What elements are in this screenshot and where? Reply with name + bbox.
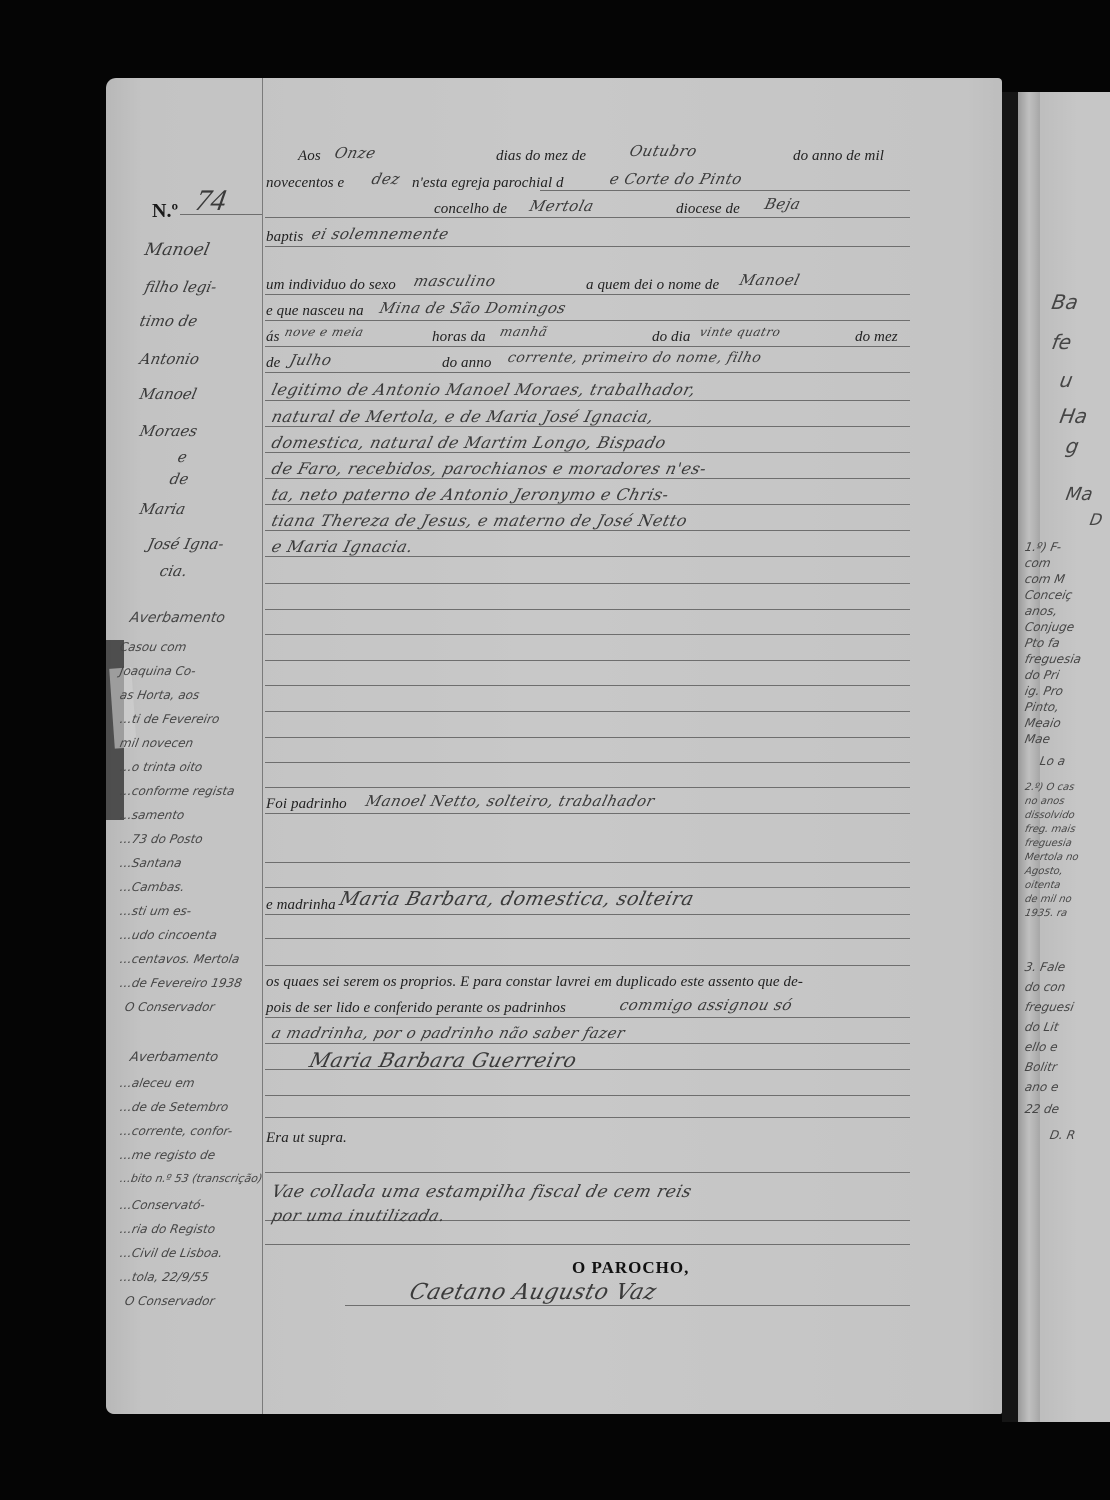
handwritten-municipality: Mertola (528, 197, 596, 215)
annotation-line: …73 do Posto (119, 832, 204, 846)
godmother-signature: Maria Barbara Guerreiro (307, 1048, 580, 1072)
form-rule (265, 372, 910, 373)
printed-text: do anno (442, 355, 491, 372)
adjacent-fragment: freg. mais (1024, 824, 1076, 835)
form-rule (540, 190, 910, 191)
adjacent-fragment: 22 de (1024, 1102, 1061, 1116)
record-number-rule (180, 214, 262, 215)
handwritten-body-line: legitimo de Antonio Manoel Moraes, traba… (270, 380, 698, 399)
adjacent-fragment: de mil no (1024, 894, 1073, 905)
godmother-name: Maria Barbara, domestica, solteira (337, 888, 696, 910)
handwritten-day-of-birth: vinte quatro (698, 325, 782, 339)
adjacent-fragment: Ma (1064, 484, 1094, 505)
annotation-line: …conforme regista (119, 784, 236, 798)
annotation-line: …o trinta oito (119, 760, 204, 774)
printed-text: novecentos e (266, 175, 344, 192)
form-rule (265, 914, 910, 915)
printed-text: um individuo do sexo (266, 277, 396, 294)
era-ut-supra: Era ut supra. (266, 1130, 347, 1147)
form-rule (265, 556, 910, 557)
handwritten-month: Outubro (628, 142, 699, 160)
annotation-line: Averbamento (129, 610, 227, 626)
annotation-line: as Horta, aos (119, 688, 201, 702)
handwritten-birthplace: Mina de São Domingos (378, 299, 568, 317)
annotation-line: …sti um es- (119, 904, 193, 918)
form-rule (265, 478, 910, 479)
handwritten-body-line: ta, neto paterno de Antonio Jeronymo e C… (270, 485, 671, 504)
adjacent-fragment: freguesia (1024, 838, 1073, 849)
adjacent-fragment: com (1024, 556, 1052, 570)
printed-text: Aos (298, 148, 321, 165)
annotation-line: …aleceu em (119, 1076, 196, 1090)
handwritten-hour: nove e meia (283, 325, 365, 339)
printed-text: do mez (855, 329, 898, 346)
adjacent-fragment: dissolvido (1024, 810, 1076, 821)
margin-note-line: Moraes (138, 422, 287, 440)
annotation-line: …me registo de (119, 1148, 217, 1162)
handwritten-body-line: tiana Thereza de Jesus, e materno de Jos… (270, 511, 690, 530)
closing-text: pois de ser lido e conferido perante os … (266, 1000, 566, 1017)
adjacent-fragment: Ba (1050, 290, 1080, 314)
annotation-line: O Conservador (124, 1000, 216, 1014)
adjacent-fragment: ig. Pro (1024, 684, 1065, 698)
form-rule (265, 504, 910, 505)
adjacent-fragment: Meaio (1024, 716, 1062, 730)
adjacent-fragment: do Pri (1024, 668, 1061, 682)
printed-text: de (266, 355, 280, 372)
printed-text: e que nasceu na (266, 303, 364, 320)
form-rule (265, 634, 910, 635)
adjacent-fragment: do Lit (1024, 1020, 1060, 1034)
handwritten-year: dez (370, 170, 402, 188)
adjacent-fragment: Pinto, (1024, 700, 1061, 714)
adjacent-fragment: Bolitr (1024, 1060, 1058, 1074)
record-number-label: N.º (152, 200, 178, 223)
adjacent-fragment: Mertola no (1024, 852, 1079, 863)
handwritten-body-line: natural de Mertola, e de Maria José Igna… (270, 407, 656, 426)
margin-note-line: Maria (138, 500, 287, 518)
annotation-line: …Civil de Lisboa. (119, 1246, 224, 1260)
annotation-line: …de de Setembro (119, 1100, 230, 1114)
form-rule (265, 711, 910, 712)
adjacent-fragment: Conjuge (1024, 620, 1076, 634)
printed-text: ás (266, 329, 280, 346)
godfather-name: Manoel Netto, solteiro, trabalhador (364, 792, 657, 810)
printed-text: concelho de (434, 201, 507, 218)
adjacent-fragment: 1935. ra (1024, 908, 1068, 919)
annotation-line: …samento (119, 808, 186, 822)
printed-text: diocese de (676, 201, 740, 218)
priest-signature: Caetano Augusto Vaz (407, 1280, 659, 1305)
annotation-line: …Conservató- (119, 1198, 206, 1212)
handwritten-sex: masculino (412, 272, 498, 290)
annotation-line: Averbamento (129, 1050, 220, 1065)
handwritten-parish: e Corte do Pinto (608, 170, 745, 188)
adjacent-fragment: freguesi (1024, 1000, 1075, 1014)
form-rule (265, 1095, 910, 1096)
margin-note-line: cia. (158, 562, 307, 580)
form-rule (265, 452, 910, 453)
handwritten-period: manhã (498, 325, 549, 340)
printed-text: do anno de mil (793, 148, 884, 165)
handwritten-body-line: domestica, natural de Martim Longo, Bisp… (270, 433, 669, 452)
record-number: 74 (193, 184, 229, 218)
form-rule (265, 246, 910, 247)
form-rule (265, 583, 910, 584)
adjacent-fragment: anos, (1024, 604, 1059, 618)
form-rule (265, 762, 910, 763)
form-rule (265, 938, 910, 939)
printed-text: dias do mez de (496, 148, 586, 165)
form-rule (265, 813, 910, 814)
adjacent-fragment: 3. Fale (1024, 960, 1067, 974)
adjacent-fragment: Lo a (1039, 754, 1067, 768)
adjacent-fragment: ello e (1024, 1040, 1059, 1054)
handwritten-closing: a madrinha, por o padrinho não saber faz… (270, 1024, 627, 1042)
annotation-line: Casou com (119, 640, 188, 654)
handwritten-day: Onze (333, 144, 378, 162)
adjacent-fragment: ano e (1024, 1080, 1060, 1094)
annotation-line: Joaquina Co- (119, 664, 197, 678)
form-rule (265, 1017, 910, 1018)
adjacent-fragment: Conceiç (1024, 588, 1074, 602)
form-rule (265, 530, 910, 531)
form-rule (265, 787, 910, 788)
form-rule (265, 426, 910, 427)
form-rule (265, 1172, 910, 1173)
adjacent-fragment: oitenta (1024, 880, 1061, 891)
handwritten-diocese: Beja (763, 195, 803, 213)
handwritten-year-of-birth: corrente, primeiro do nome, filho (506, 350, 763, 366)
adjacent-fragment: 2.º) O cas (1024, 782, 1075, 793)
margin-note-line: Antonio (138, 350, 287, 368)
annotation-line: O Conservador (124, 1294, 216, 1308)
form-rule (265, 1117, 910, 1118)
signature-title: O PAROCHO, (572, 1258, 689, 1278)
annotation-line: …ria do Registo (119, 1222, 217, 1236)
adjacent-fragment: do con (1024, 980, 1067, 994)
adjacent-fragment: freguesia (1024, 652, 1083, 666)
fiscal-stamp-note: por uma inutilizada. (270, 1206, 448, 1225)
printed-text: baptis (266, 229, 303, 246)
annotation-line: …de Fevereiro 1938 (119, 976, 243, 990)
annotation-line: …udo cincoenta (119, 928, 218, 942)
form-rule (265, 609, 910, 610)
form-rule (265, 660, 910, 661)
annotation-line: …Cambas. (119, 880, 186, 894)
printed-text: n'esta egreja parochial d (412, 175, 564, 192)
margin-note-line: timo de (138, 312, 287, 330)
annotation-line: …bito n.º 53 (transcrição) (119, 1172, 264, 1185)
form-rule (265, 346, 910, 347)
form-rule (265, 965, 910, 966)
annotation-line: …corrente, confor- (119, 1124, 234, 1138)
form-rule (265, 217, 910, 218)
annotation-line: mil novecen (119, 736, 195, 750)
handwritten-body-line: e Maria Ignacia. (270, 537, 416, 556)
form-rule (265, 294, 910, 295)
adjacent-fragment: Pto fa (1024, 636, 1061, 650)
adjacent-fragment: Ha (1058, 404, 1090, 428)
adjacent-fragment: D. R (1049, 1128, 1077, 1142)
handwritten-baptism: ei solemnemente (310, 225, 451, 243)
form-rule (265, 862, 910, 863)
form-rule (265, 685, 910, 686)
printed-text: horas da (432, 329, 486, 346)
form-rule (265, 1244, 910, 1245)
adjacent-page-spine (1018, 92, 1040, 1422)
adjacent-fragment: 1.º) F- (1024, 540, 1063, 554)
fiscal-stamp-note: Vae collada uma estampilha fiscal de cem… (270, 1182, 694, 1202)
closing-text: os quaes sei serem os proprios. E para c… (266, 974, 803, 991)
handwritten-name: Manoel (738, 271, 802, 289)
adjacent-fragment: Mae (1024, 732, 1052, 746)
adjacent-fragment: no anos (1024, 796, 1065, 807)
godmother-label: e madrinha (266, 897, 336, 914)
godfather-label: Foi padrinho (266, 796, 347, 813)
form-rule (265, 400, 910, 401)
annotation-line: …ti de Fevereiro (119, 712, 221, 726)
handwritten-closing: commigo assignou só (618, 996, 795, 1014)
adjacent-fragment: com M (1024, 572, 1066, 586)
book-gutter (1002, 92, 1018, 1422)
printed-text: do dia (652, 329, 691, 346)
form-rule (265, 320, 910, 321)
handwritten-body-line: de Faro, recebidos, parochianos e morado… (270, 459, 709, 478)
form-rule (265, 1043, 910, 1044)
annotation-line: …Santana (119, 856, 183, 870)
annotation-line: …tola, 22/9/55 (119, 1270, 210, 1284)
form-rule (265, 737, 910, 738)
annotation-line: …centavos. Mertola (119, 952, 241, 966)
adjacent-fragment: Agosto, (1024, 866, 1064, 877)
signature-rule (345, 1305, 910, 1306)
handwritten-month-of-birth: Julho (288, 351, 334, 369)
printed-text: a quem dei o nome de (586, 277, 719, 294)
